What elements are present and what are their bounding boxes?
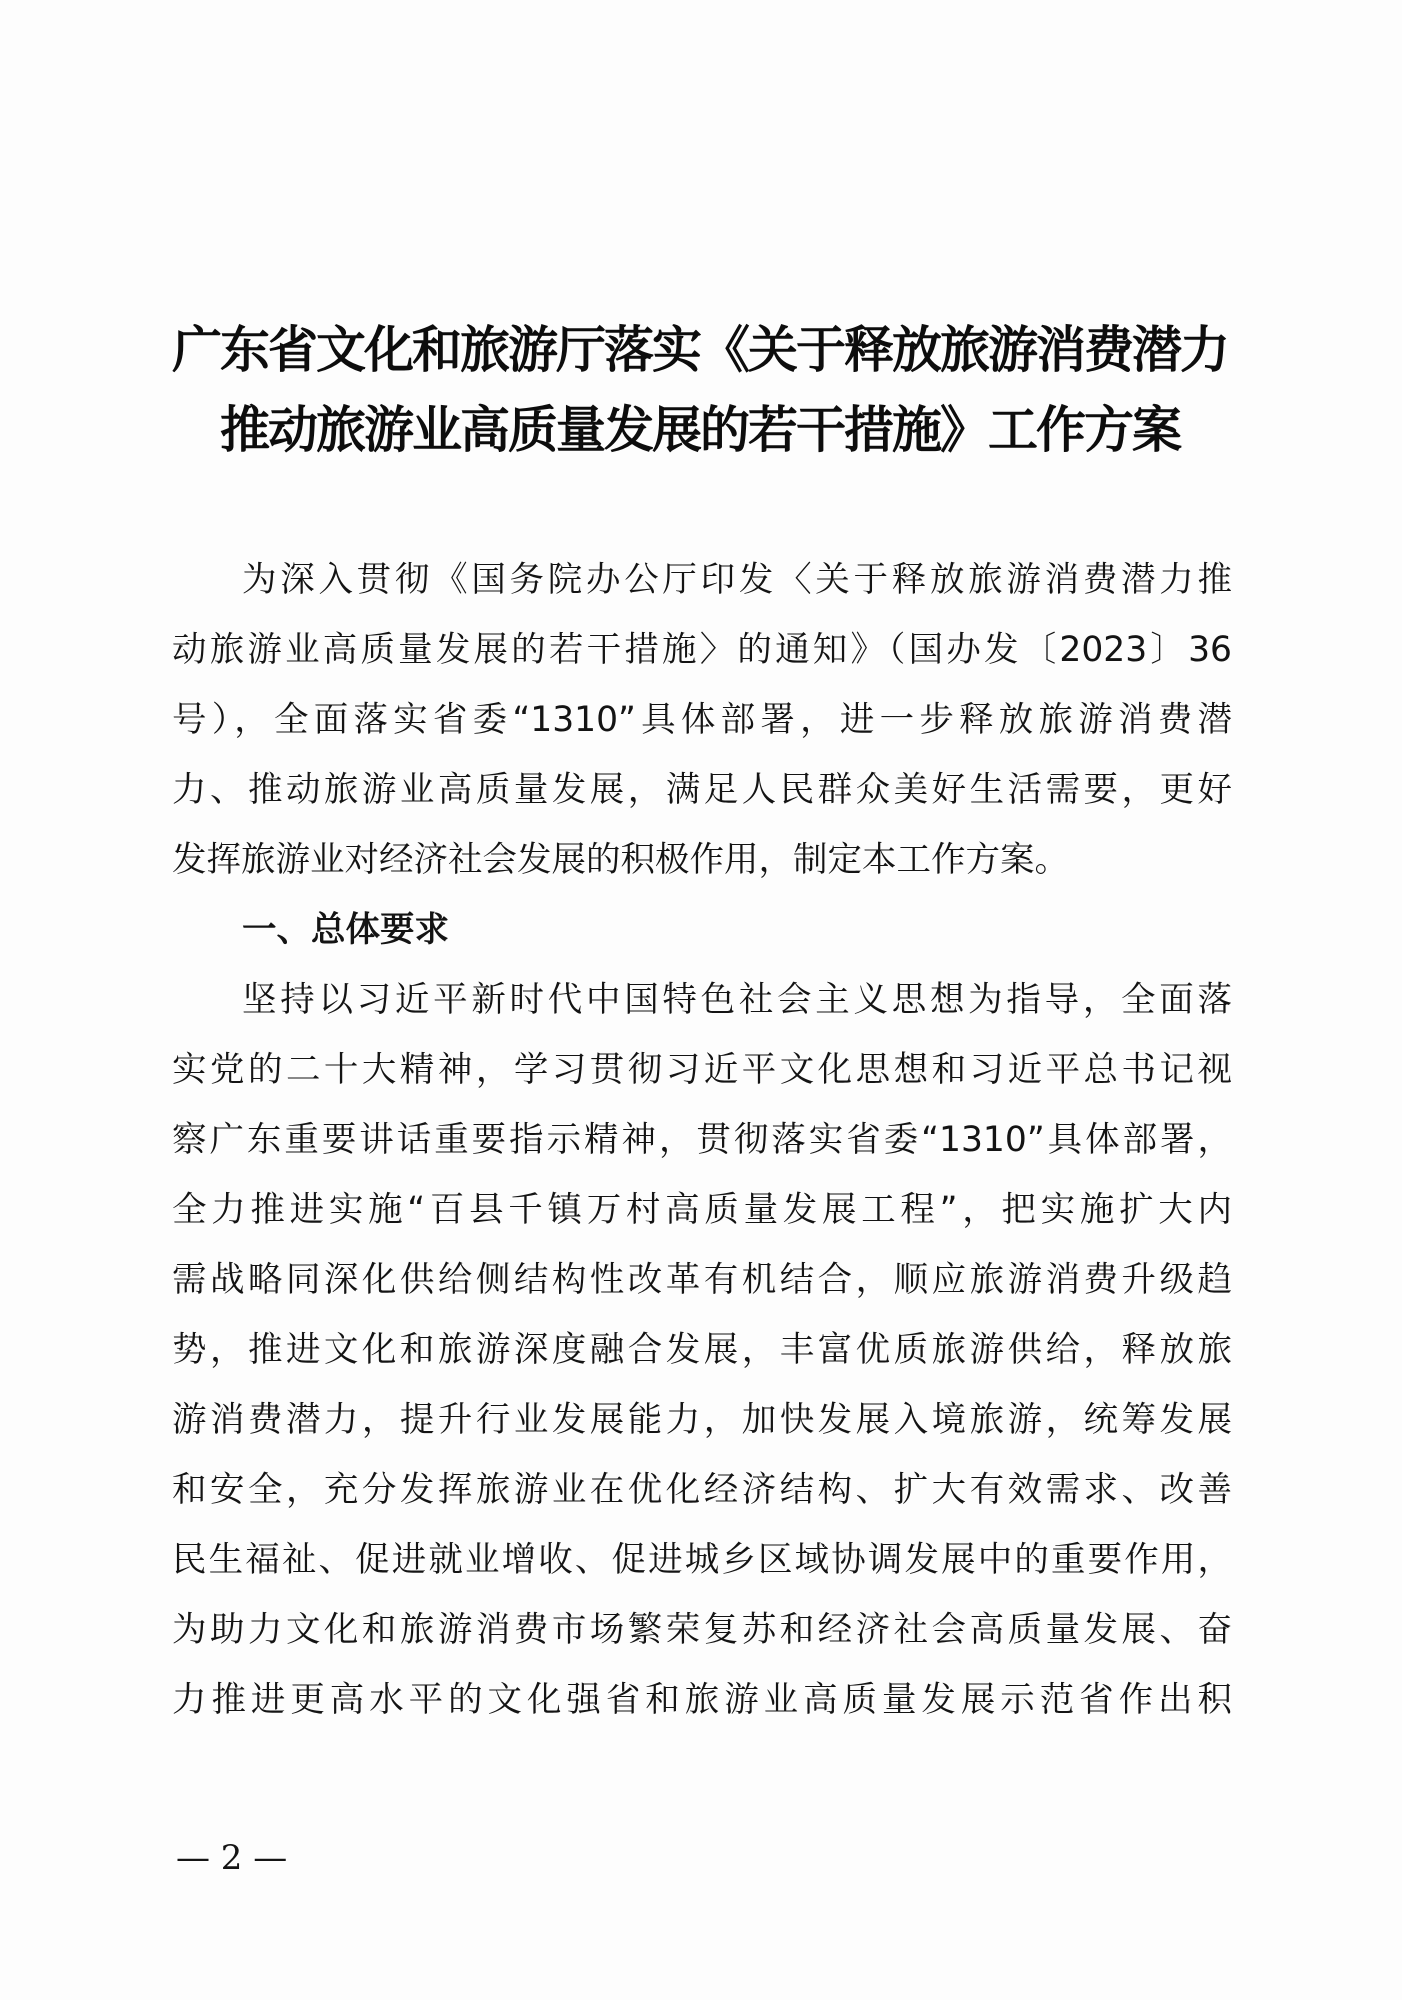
section-1-line-11: 力推进更高水平的文化强省和旅游业高质量发展示范省作出积: [172, 1665, 1232, 1735]
intro-line-4: 力、推动旅游业高质量发展，满足人民群众美好生活需要，更好: [172, 755, 1232, 825]
section-heading-overall-requirements: 一、总体要求: [172, 895, 1232, 965]
section-1-paragraph: 坚持以习近平新时代中国特色社会主义思想为指导，全面落 实党的二十大精神，学习贯彻…: [172, 965, 1232, 1735]
section-1-line-5: 需战略同深化供给侧结构性改革有机结合，顺应旅游消费升级趋: [172, 1245, 1232, 1315]
document-title: 广东省文化和旅游厅落实《关于释放旅游消费潜力 推动旅游业高质量发展的若干措施》工…: [170, 310, 1230, 470]
document-page: 广东省文化和旅游厅落实《关于释放旅游消费潜力 推动旅游业高质量发展的若干措施》工…: [0, 0, 1402, 2000]
title-line-2: 推动旅游业高质量发展的若干措施》工作方案: [170, 390, 1230, 470]
section-1-line-6: 势，推进文化和旅游深度融合发展，丰富优质旅游供给，释放旅: [172, 1315, 1232, 1385]
section-1-line-8: 和安全，充分发挥旅游业在优化经济结构、扩大有效需求、改善: [172, 1455, 1232, 1525]
section-1-line-1: 坚持以习近平新时代中国特色社会主义思想为指导，全面落: [172, 965, 1232, 1035]
title-line-1: 广东省文化和旅游厅落实《关于释放旅游消费潜力: [170, 310, 1230, 390]
section-1-line-7: 游消费潜力，提升行业发展能力，加快发展入境旅游，统筹发展: [172, 1385, 1232, 1455]
intro-line-2: 动旅游业高质量发展的若干措施〉的通知》（国办发〔2023〕36: [172, 615, 1232, 685]
page-number: — 2 —: [176, 1838, 287, 1878]
intro-line-3: 号），全面落实省委“1310”具体部署，进一步释放旅游消费潜: [172, 685, 1232, 755]
document-body: 为深入贯彻《国务院办公厅印发〈关于释放旅游消费潜力推 动旅游业高质量发展的若干措…: [172, 545, 1232, 1735]
intro-paragraph: 为深入贯彻《国务院办公厅印发〈关于释放旅游消费潜力推 动旅游业高质量发展的若干措…: [172, 545, 1232, 895]
section-1-line-10: 为助力文化和旅游消费市场繁荣复苏和经济社会高质量发展、奋: [172, 1595, 1232, 1665]
section-1-line-9: 民生福祉、促进就业增收、促进城乡区域协调发展中的重要作用，: [172, 1525, 1232, 1595]
intro-line-5: 发挥旅游业对经济社会发展的积极作用，制定本工作方案。: [172, 825, 1232, 895]
intro-line-1: 为深入贯彻《国务院办公厅印发〈关于释放旅游消费潜力推: [172, 545, 1232, 615]
section-1-line-4: 全力推进实施“百县千镇万村高质量发展工程”，把实施扩大内: [172, 1175, 1232, 1245]
section-1-line-2: 实党的二十大精神，学习贯彻习近平文化思想和习近平总书记视: [172, 1035, 1232, 1105]
section-1-line-3: 察广东重要讲话重要指示精神，贯彻落实省委“1310”具体部署，: [172, 1105, 1232, 1175]
